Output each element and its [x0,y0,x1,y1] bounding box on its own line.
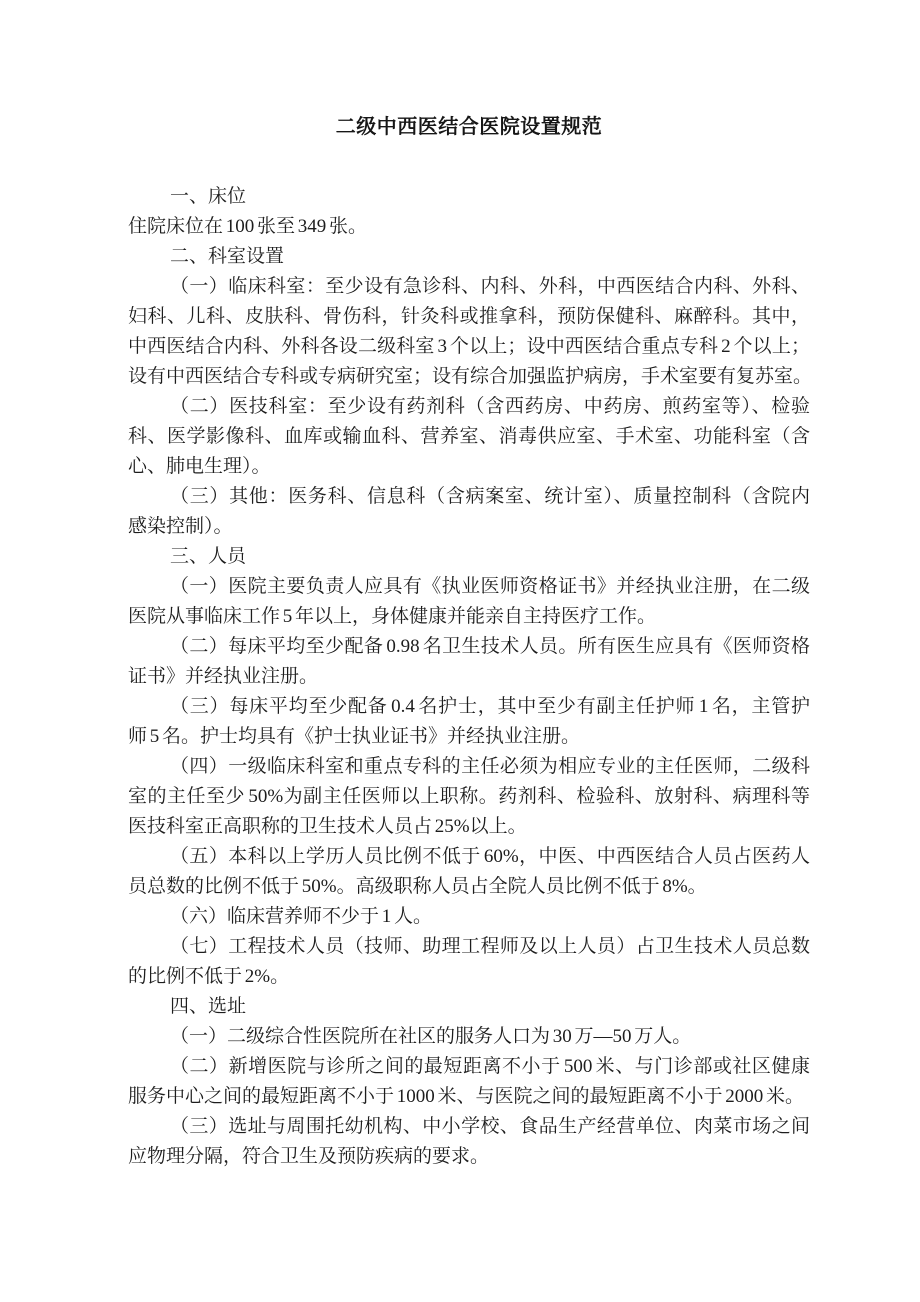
text-line: （四）一级临床科室和重点专科的主任必须为相应专业的主任医师，二级科 [128,752,810,782]
document-body: 一、床位住院床位在 100 张至 349 张。二、科室设置（一）临床科室：至少设… [128,182,810,1172]
text-line: 师 5 名。护士均具有《护士执业证书》并经执业注册。 [128,722,810,752]
text-line: 住院床位在 100 张至 349 张。 [128,212,810,242]
text-line: 中西医结合内科、外科各设二级科室 3 个以上；设中西医结合重点专科 2 个以上； [128,332,810,362]
paragraph: （七）工程技术人员（技师、助理工程师及以上人员）占卫生技术人员总数的比例不低于 … [128,932,810,992]
document-page: 二级中西医结合医院设置规范 一、床位住院床位在 100 张至 349 张。二、科… [0,0,920,1302]
paragraph: （一）医院主要负责人应具有《执业医师资格证书》并经执业注册，在二级医院从事临床工… [128,572,810,632]
text-line: 员总数的比例不低于 50%。高级职称人员占全院人员比例不低于 8%。 [128,872,810,902]
text-line: 妇科、儿科、皮肤科、骨伤科，针灸科或推拿科，预防保健科、麻醉科。其中， [128,302,810,332]
text-line: （五）本科以上学历人员比例不低于 60%，中医、中西医结合人员占医药人 [128,842,810,872]
text-line: （二）新增医院与诊所之间的最短距离不小于 500 米、与门诊部或社区健康 [128,1052,810,1082]
paragraph: （六）临床营养师不少于 1 人。 [128,902,810,932]
text-line: （二）医技科室：至少设有药剂科（含西药房、中药房、煎药室等）、检验 [128,392,810,422]
text-line: 科、医学影像科、血库或输血科、营养室、消毒供应室、手术室、功能科室（含 [128,422,810,452]
text-line: 室的主任至少 50%为副主任医师以上职称。药剂科、检验科、放射科、病理科等 [128,782,810,812]
text-line: 证书》并经执业注册。 [128,662,810,692]
paragraph: （三）每床平均至少配备 0.4 名护士，其中至少有副主任护师 1 名，主管护师 … [128,692,810,752]
paragraph: （三）其他：医务科、信息科（含病案室、统计室）、质量控制科（含院内感染控制）。 [128,482,810,542]
paragraph: （二）新增医院与诊所之间的最短距离不小于 500 米、与门诊部或社区健康服务中心… [128,1052,810,1112]
paragraph: 二、科室设置 [128,242,810,272]
text-line: 心、肺电生理）。 [128,452,810,482]
paragraph: （三）选址与周围托幼机构、中小学校、食品生产经营单位、肉菜市场之间应物理分隔，符… [128,1112,810,1172]
paragraph: 一、床位 [128,182,810,212]
text-line: 四、选址 [128,992,810,1022]
text-line: （三）每床平均至少配备 0.4 名护士，其中至少有副主任护师 1 名，主管护 [128,692,810,722]
text-line: 的比例不低于 2%。 [128,962,810,992]
text-line: （一）二级综合性医院所在社区的服务人口为 30 万—50 万人。 [128,1022,810,1052]
document-title: 二级中西医结合医院设置规范 [128,112,810,142]
paragraph: 四、选址 [128,992,810,1022]
paragraph: （二）每床平均至少配备 0.98 名卫生技术人员。所有医生应具有《医师资格证书》… [128,632,810,692]
paragraph: 三、人员 [128,542,810,572]
paragraph: （四）一级临床科室和重点专科的主任必须为相应专业的主任医师，二级科室的主任至少 … [128,752,810,842]
text-line: （六）临床营养师不少于 1 人。 [128,902,810,932]
text-line: 服务中心之间的最短距离不小于 1000 米、与医院之间的最短距离不小于 2000… [128,1082,810,1112]
paragraph: （一）临床科室：至少设有急诊科、内科、外科，中西医结合内科、外科、妇科、儿科、皮… [128,272,810,392]
text-line: 三、人员 [128,542,810,572]
text-line: （七）工程技术人员（技师、助理工程师及以上人员）占卫生技术人员总数 [128,932,810,962]
paragraph: （一）二级综合性医院所在社区的服务人口为 30 万—50 万人。 [128,1022,810,1052]
text-line: 应物理分隔，符合卫生及预防疾病的要求。 [128,1142,810,1172]
paragraph: （二）医技科室：至少设有药剂科（含西药房、中药房、煎药室等）、检验科、医学影像科… [128,392,810,482]
text-line: 设有中西医结合专科或专病研究室；设有综合加强监护病房，手术室要有复苏室。 [128,362,810,392]
text-line: 医院从事临床工作 5 年以上，身体健康并能亲自主持医疗工作。 [128,602,810,632]
paragraph: 住院床位在 100 张至 349 张。 [128,212,810,242]
text-line: 一、床位 [128,182,810,212]
text-line: （一）医院主要负责人应具有《执业医师资格证书》并经执业注册，在二级 [128,572,810,602]
text-line: （一）临床科室：至少设有急诊科、内科、外科，中西医结合内科、外科、 [128,272,810,302]
text-line: （二）每床平均至少配备 0.98 名卫生技术人员。所有医生应具有《医师资格 [128,632,810,662]
text-line: （三）其他：医务科、信息科（含病案室、统计室）、质量控制科（含院内 [128,482,810,512]
text-line: 感染控制）。 [128,512,810,542]
text-line: 二、科室设置 [128,242,810,272]
paragraph: （五）本科以上学历人员比例不低于 60%，中医、中西医结合人员占医药人员总数的比… [128,842,810,902]
text-line: （三）选址与周围托幼机构、中小学校、食品生产经营单位、肉菜市场之间 [128,1112,810,1142]
text-line: 医技科室正高职称的卫生技术人员占 25%以上。 [128,812,810,842]
